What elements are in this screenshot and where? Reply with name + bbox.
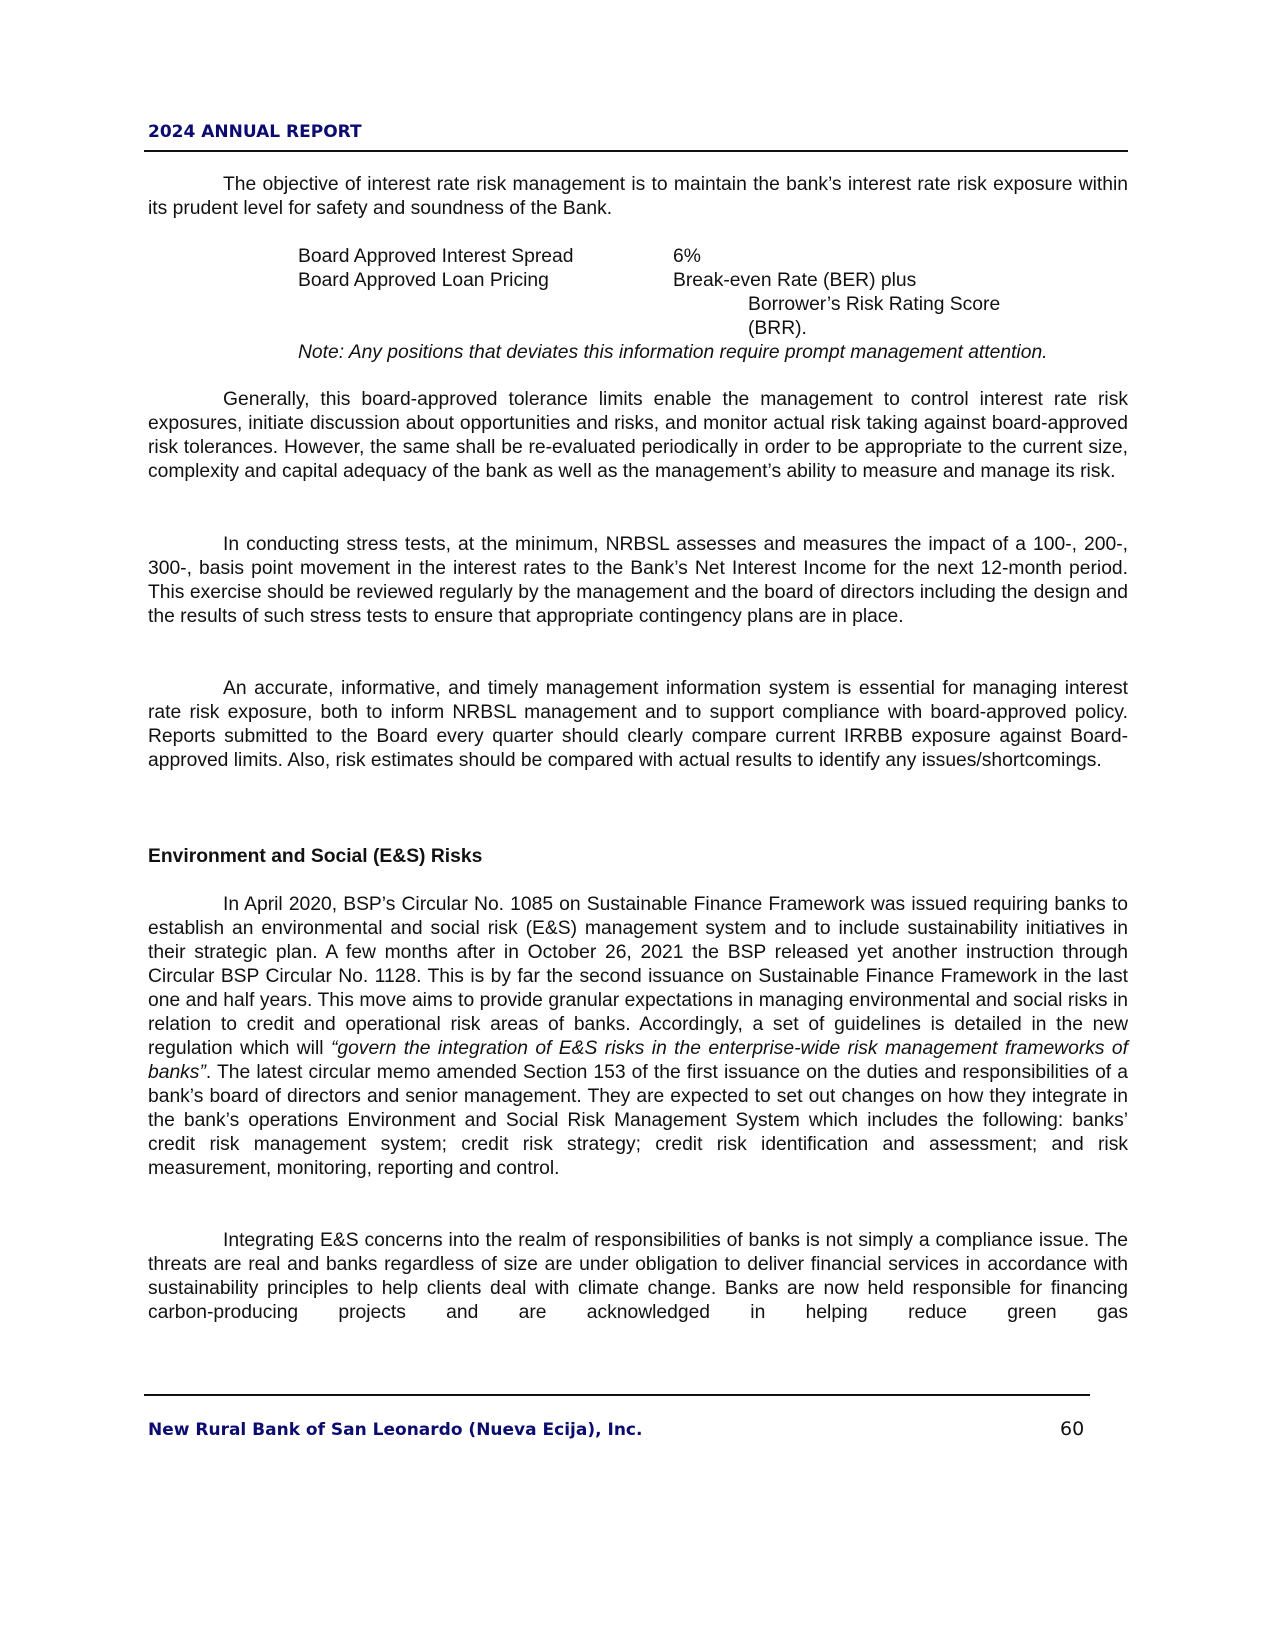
paragraph-es-intro-text: In April 2020, BSP’s Circular No. 1085 o… bbox=[148, 893, 1128, 1181]
paragraph-es-integration-text: Integrating E&S concerns into the realm … bbox=[148, 1229, 1128, 1325]
paragraph-tolerance: Generally, this board-approved tolerance… bbox=[148, 388, 1128, 484]
footer-bank-name: New Rural Bank of San Leonardo (Nueva Ec… bbox=[148, 1420, 642, 1440]
paragraph-mis-text: An accurate, informative, and timely man… bbox=[148, 677, 1128, 773]
limits-label: Board Approved Interest Spread bbox=[298, 245, 573, 269]
paragraph-tolerance-text: Generally, this board-approved tolerance… bbox=[148, 388, 1128, 484]
es-intro-after-quote: . The latest circular memo amended Secti… bbox=[148, 1062, 1128, 1179]
paragraph-mis: An accurate, informative, and timely man… bbox=[148, 677, 1128, 773]
limits-row-loan-pricing: Board Approved Loan Pricing Break-even R… bbox=[298, 269, 1128, 293]
footer-divider bbox=[144, 1394, 1090, 1396]
paragraph-objective-text: The objective of interest rate risk mana… bbox=[148, 173, 1128, 221]
limits-row-continuation: (BRR). bbox=[298, 317, 1128, 341]
paragraph-stress-tests-text: In conducting stress tests, at the minim… bbox=[148, 533, 1128, 629]
page-number: 60 bbox=[1060, 1418, 1084, 1440]
limits-value: Break-even Rate (BER) plus bbox=[673, 269, 916, 293]
paragraph-es-intro: In April 2020, BSP’s Circular No. 1085 o… bbox=[148, 893, 1128, 1181]
limits-row-continuation: Borrower’s Risk Rating Score bbox=[298, 293, 1128, 317]
report-header-title: 2024 ANNUAL REPORT bbox=[148, 122, 362, 142]
section-heading-es-risks: Environment and Social (E&S) Risks bbox=[148, 845, 482, 869]
header-divider bbox=[144, 150, 1128, 152]
limits-value-continuation: Borrower’s Risk Rating Score bbox=[748, 293, 1000, 317]
limits-table: Board Approved Interest Spread 6% Board … bbox=[298, 245, 1128, 365]
limits-note: Note: Any positions that deviates this i… bbox=[298, 341, 1128, 365]
limits-label: Board Approved Loan Pricing bbox=[298, 269, 549, 293]
limits-value: 6% bbox=[673, 245, 701, 269]
es-intro-before-quote: In April 2020, BSP’s Circular No. 1085 o… bbox=[148, 894, 1128, 1059]
paragraph-es-integration: Integrating E&S concerns into the realm … bbox=[148, 1229, 1128, 1325]
paragraph-stress-tests: In conducting stress tests, at the minim… bbox=[148, 533, 1128, 629]
limits-value-continuation: (BRR). bbox=[748, 317, 807, 341]
limits-row-interest-spread: Board Approved Interest Spread 6% bbox=[298, 245, 1128, 269]
paragraph-objective: The objective of interest rate risk mana… bbox=[148, 173, 1128, 221]
